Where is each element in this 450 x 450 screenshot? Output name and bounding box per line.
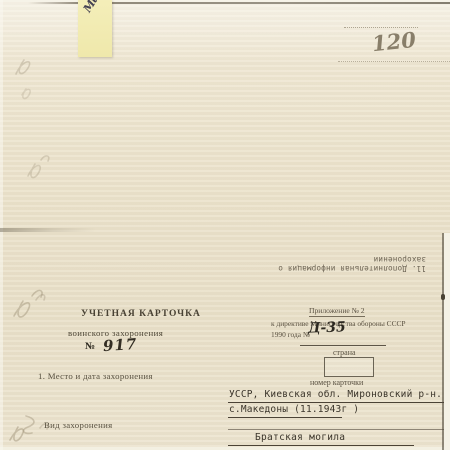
location-line2: с.Македоны (11.1943г ) bbox=[229, 404, 359, 415]
burial-rule-bottom bbox=[228, 445, 414, 446]
scanned-document: Ми 120 11. Дополнительная информация о з… bbox=[0, 0, 450, 450]
pencil-scribbles bbox=[0, 0, 450, 450]
burial-type-value: Братская могила bbox=[255, 432, 345, 443]
faint-dotted-line-bottom bbox=[338, 61, 450, 62]
ink-spot bbox=[441, 294, 445, 300]
card-number-box-label: номер карточки bbox=[310, 378, 363, 387]
country-label: страна bbox=[333, 348, 356, 357]
card-number-box bbox=[324, 357, 374, 377]
paper-right-edge bbox=[442, 233, 444, 450]
handwritten-page-number: 120 bbox=[371, 27, 417, 56]
card-number-handwritten: 917 bbox=[102, 335, 137, 355]
sticky-note-handwriting: Ми bbox=[81, 0, 102, 15]
scan-right-margin bbox=[444, 233, 450, 450]
card-title: УЧЕТНАЯ КАРТОЧКА bbox=[81, 309, 201, 319]
section1-label: 1. Место и дата захоронения bbox=[38, 371, 153, 381]
section11-flipped-label: 11. Дополнительная информация о захороне… bbox=[228, 255, 426, 273]
location-underline-2 bbox=[228, 417, 342, 418]
burial-rule-top bbox=[228, 429, 450, 430]
burial-type-label: Вид захоронения bbox=[44, 420, 112, 430]
location-line1: УССР, Киевская обл. Мироновский р-н., bbox=[229, 389, 448, 400]
card-number-sign: № bbox=[85, 341, 95, 352]
appendix-code-handwritten: Д-35 bbox=[308, 319, 346, 336]
location-underline-1 bbox=[228, 402, 449, 403]
appendix-title: Приложение № 2 bbox=[309, 306, 365, 317]
scan-left-edge bbox=[0, 0, 3, 450]
sticky-note: Ми bbox=[78, 0, 112, 57]
country-rule-line bbox=[300, 345, 386, 346]
paper-crease bbox=[0, 228, 96, 232]
appendix-year-line: 1990 года № bbox=[271, 330, 310, 339]
